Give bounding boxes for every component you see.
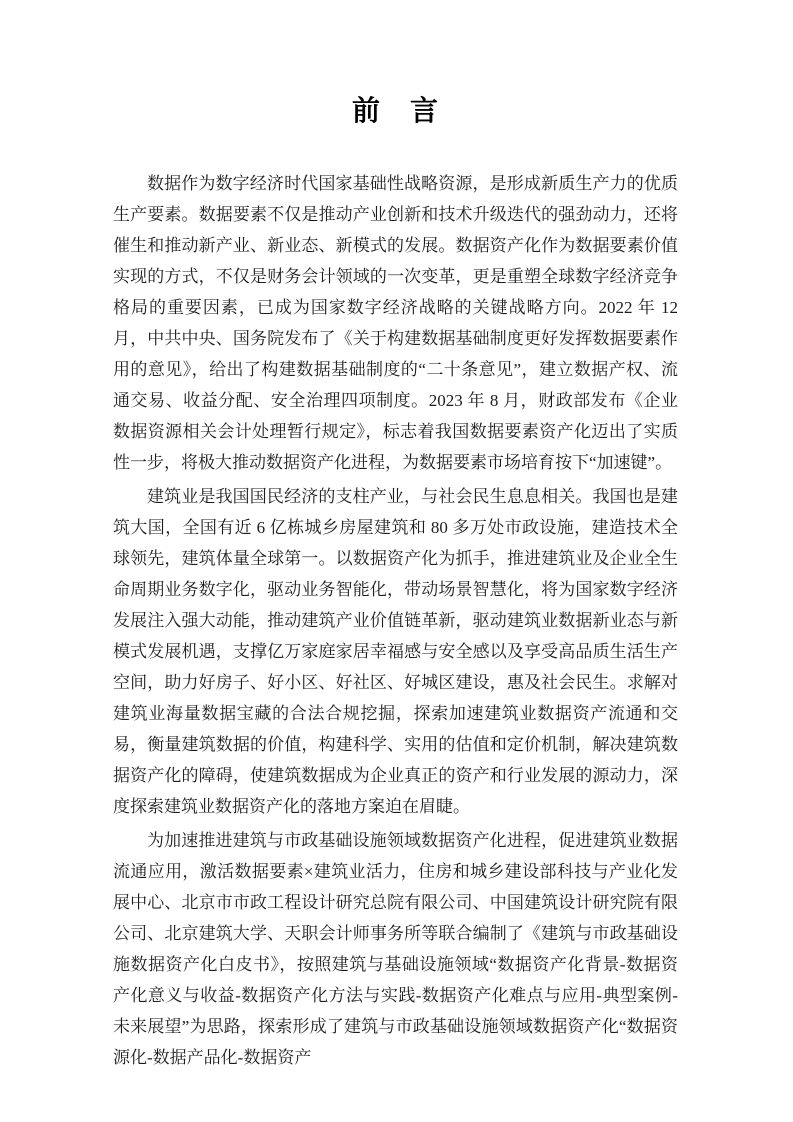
document-body: 数据作为数字经济时代国家基础性战略资源，是形成新质生产力的优质生产要素。数据要素… [113,168,678,1073]
paragraph-2: 建筑业是我国国民经济的支柱产业，与社会民生息息相关。我国也是建筑大国，全国有近 … [113,481,678,822]
paragraph-3: 为加速推进建筑与市政基础设施领域数据资产化进程，促进建筑业数据流通应用，激活数据… [113,825,678,1073]
document-page: 前 言 数据作为数字经济时代国家基础性战略资源，是形成新质生产力的优质生产要素。… [0,0,793,1122]
page-title: 前 言 [113,94,678,128]
paragraph-1: 数据作为数字经济时代国家基础性战略资源，是形成新质生产力的优质生产要素。数据要素… [113,168,678,478]
